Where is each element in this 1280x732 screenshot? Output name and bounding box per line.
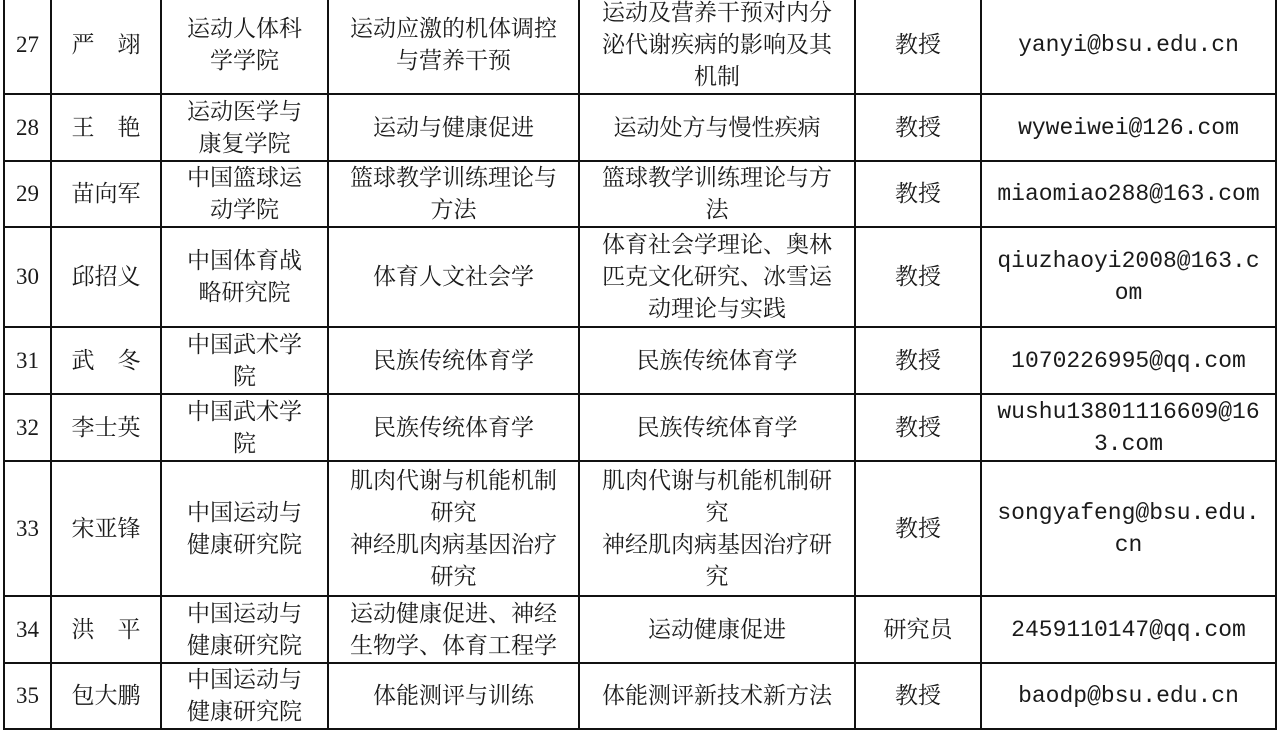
table-row: 32 李士英 中国武术学 院 民族传统体育学 民族传统体育学 教授 wushu1… <box>4 394 1276 461</box>
discipline: 民族传统体育学 <box>328 327 579 394</box>
email: songyafeng@bsu.edu. cn <box>981 461 1276 596</box>
discipline: 运动应激的机体调控 与营养干预 <box>328 0 579 94</box>
email: 1070226995@qq.com <box>981 327 1276 394</box>
discipline: 体育人文社会学 <box>328 227 579 327</box>
advisor-name: 苗向军 <box>51 161 161 227</box>
table-row: 30 邱招义 中国体育战 略研究院 体育人文社会学 体育社会学理论、奥林 匹克文… <box>4 227 1276 327</box>
academic-title: 教授 <box>855 461 981 596</box>
advisor-name: 宋亚锋 <box>51 461 161 596</box>
table-row: 35 包大鹏 中国运动与 健康研究院 体能测评与训练 体能测评新技术新方法 教授… <box>4 663 1276 729</box>
academic-title: 教授 <box>855 327 981 394</box>
table-row: 33 宋亚锋 中国运动与 健康研究院 肌肉代谢与机能机制 研究 神经肌肉病基因治… <box>4 461 1276 596</box>
advisor-name: 邱招义 <box>51 227 161 327</box>
row-number: 34 <box>4 596 51 663</box>
email: wyweiwei@126.com <box>981 94 1276 161</box>
email: miaomiao288@163.com <box>981 161 1276 227</box>
row-number: 29 <box>4 161 51 227</box>
row-number: 27 <box>4 0 51 94</box>
discipline: 运动与健康促进 <box>328 94 579 161</box>
row-number: 35 <box>4 663 51 729</box>
academic-title: 教授 <box>855 94 981 161</box>
faculty-table: 27 严 翊 运动人体科 学学院 运动应激的机体调控 与营养干预 运动及营养干预… <box>3 0 1277 730</box>
research-direction: 篮球教学训练理论与方 法 <box>579 161 855 227</box>
research-direction: 体能测评新技术新方法 <box>579 663 855 729</box>
table-row: 34 洪 平 中国运动与 健康研究院 运动健康促进、神经 生物学、体育工程学 运… <box>4 596 1276 663</box>
research-direction: 民族传统体育学 <box>579 394 855 461</box>
college: 运动人体科 学学院 <box>161 0 328 94</box>
college: 运动医学与 康复学院 <box>161 94 328 161</box>
research-direction: 肌肉代谢与机能机制研 究 神经肌肉病基因治疗研 究 <box>579 461 855 596</box>
college: 中国武术学 院 <box>161 394 328 461</box>
college: 中国运动与 健康研究院 <box>161 596 328 663</box>
college: 中国运动与 健康研究院 <box>161 461 328 596</box>
row-number: 33 <box>4 461 51 596</box>
research-direction: 体育社会学理论、奥林 匹克文化研究、冰雪运 动理论与实践 <box>579 227 855 327</box>
faculty-table-container: 27 严 翊 运动人体科 学学院 运动应激的机体调控 与营养干预 运动及营养干预… <box>3 0 1277 730</box>
academic-title: 教授 <box>855 161 981 227</box>
college: 中国武术学 院 <box>161 327 328 394</box>
advisor-name: 李士英 <box>51 394 161 461</box>
research-direction: 运动处方与慢性疾病 <box>579 94 855 161</box>
advisor-name: 武 冬 <box>51 327 161 394</box>
academic-title: 教授 <box>855 0 981 94</box>
row-number: 30 <box>4 227 51 327</box>
table-row: 28 王 艳 运动医学与 康复学院 运动与健康促进 运动处方与慢性疾病 教授 w… <box>4 94 1276 161</box>
advisor-name: 王 艳 <box>51 94 161 161</box>
academic-title: 教授 <box>855 227 981 327</box>
row-number: 31 <box>4 327 51 394</box>
college: 中国运动与 健康研究院 <box>161 663 328 729</box>
discipline: 体能测评与训练 <box>328 663 579 729</box>
college: 中国篮球运 动学院 <box>161 161 328 227</box>
row-number: 28 <box>4 94 51 161</box>
discipline: 篮球教学训练理论与 方法 <box>328 161 579 227</box>
email: 2459110147@qq.com <box>981 596 1276 663</box>
table-row: 31 武 冬 中国武术学 院 民族传统体育学 民族传统体育学 教授 107022… <box>4 327 1276 394</box>
email: qiuzhaoyi2008@163.c om <box>981 227 1276 327</box>
advisor-name: 严 翊 <box>51 0 161 94</box>
research-direction: 民族传统体育学 <box>579 327 855 394</box>
table-row: 27 严 翊 运动人体科 学学院 运动应激的机体调控 与营养干预 运动及营养干预… <box>4 0 1276 94</box>
research-direction: 运动健康促进 <box>579 596 855 663</box>
advisor-name: 洪 平 <box>51 596 161 663</box>
discipline: 肌肉代谢与机能机制 研究 神经肌肉病基因治疗 研究 <box>328 461 579 596</box>
discipline: 民族传统体育学 <box>328 394 579 461</box>
email: yanyi@bsu.edu.cn <box>981 0 1276 94</box>
email: baodp@bsu.edu.cn <box>981 663 1276 729</box>
email: wushu13801116609@16 3.com <box>981 394 1276 461</box>
research-direction: 运动及营养干预对内分 泌代谢疾病的影响及其 机制 <box>579 0 855 94</box>
advisor-name: 包大鹏 <box>51 663 161 729</box>
academic-title: 教授 <box>855 663 981 729</box>
discipline: 运动健康促进、神经 生物学、体育工程学 <box>328 596 579 663</box>
table-row: 29 苗向军 中国篮球运 动学院 篮球教学训练理论与 方法 篮球教学训练理论与方… <box>4 161 1276 227</box>
college: 中国体育战 略研究院 <box>161 227 328 327</box>
academic-title: 研究员 <box>855 596 981 663</box>
academic-title: 教授 <box>855 394 981 461</box>
row-number: 32 <box>4 394 51 461</box>
